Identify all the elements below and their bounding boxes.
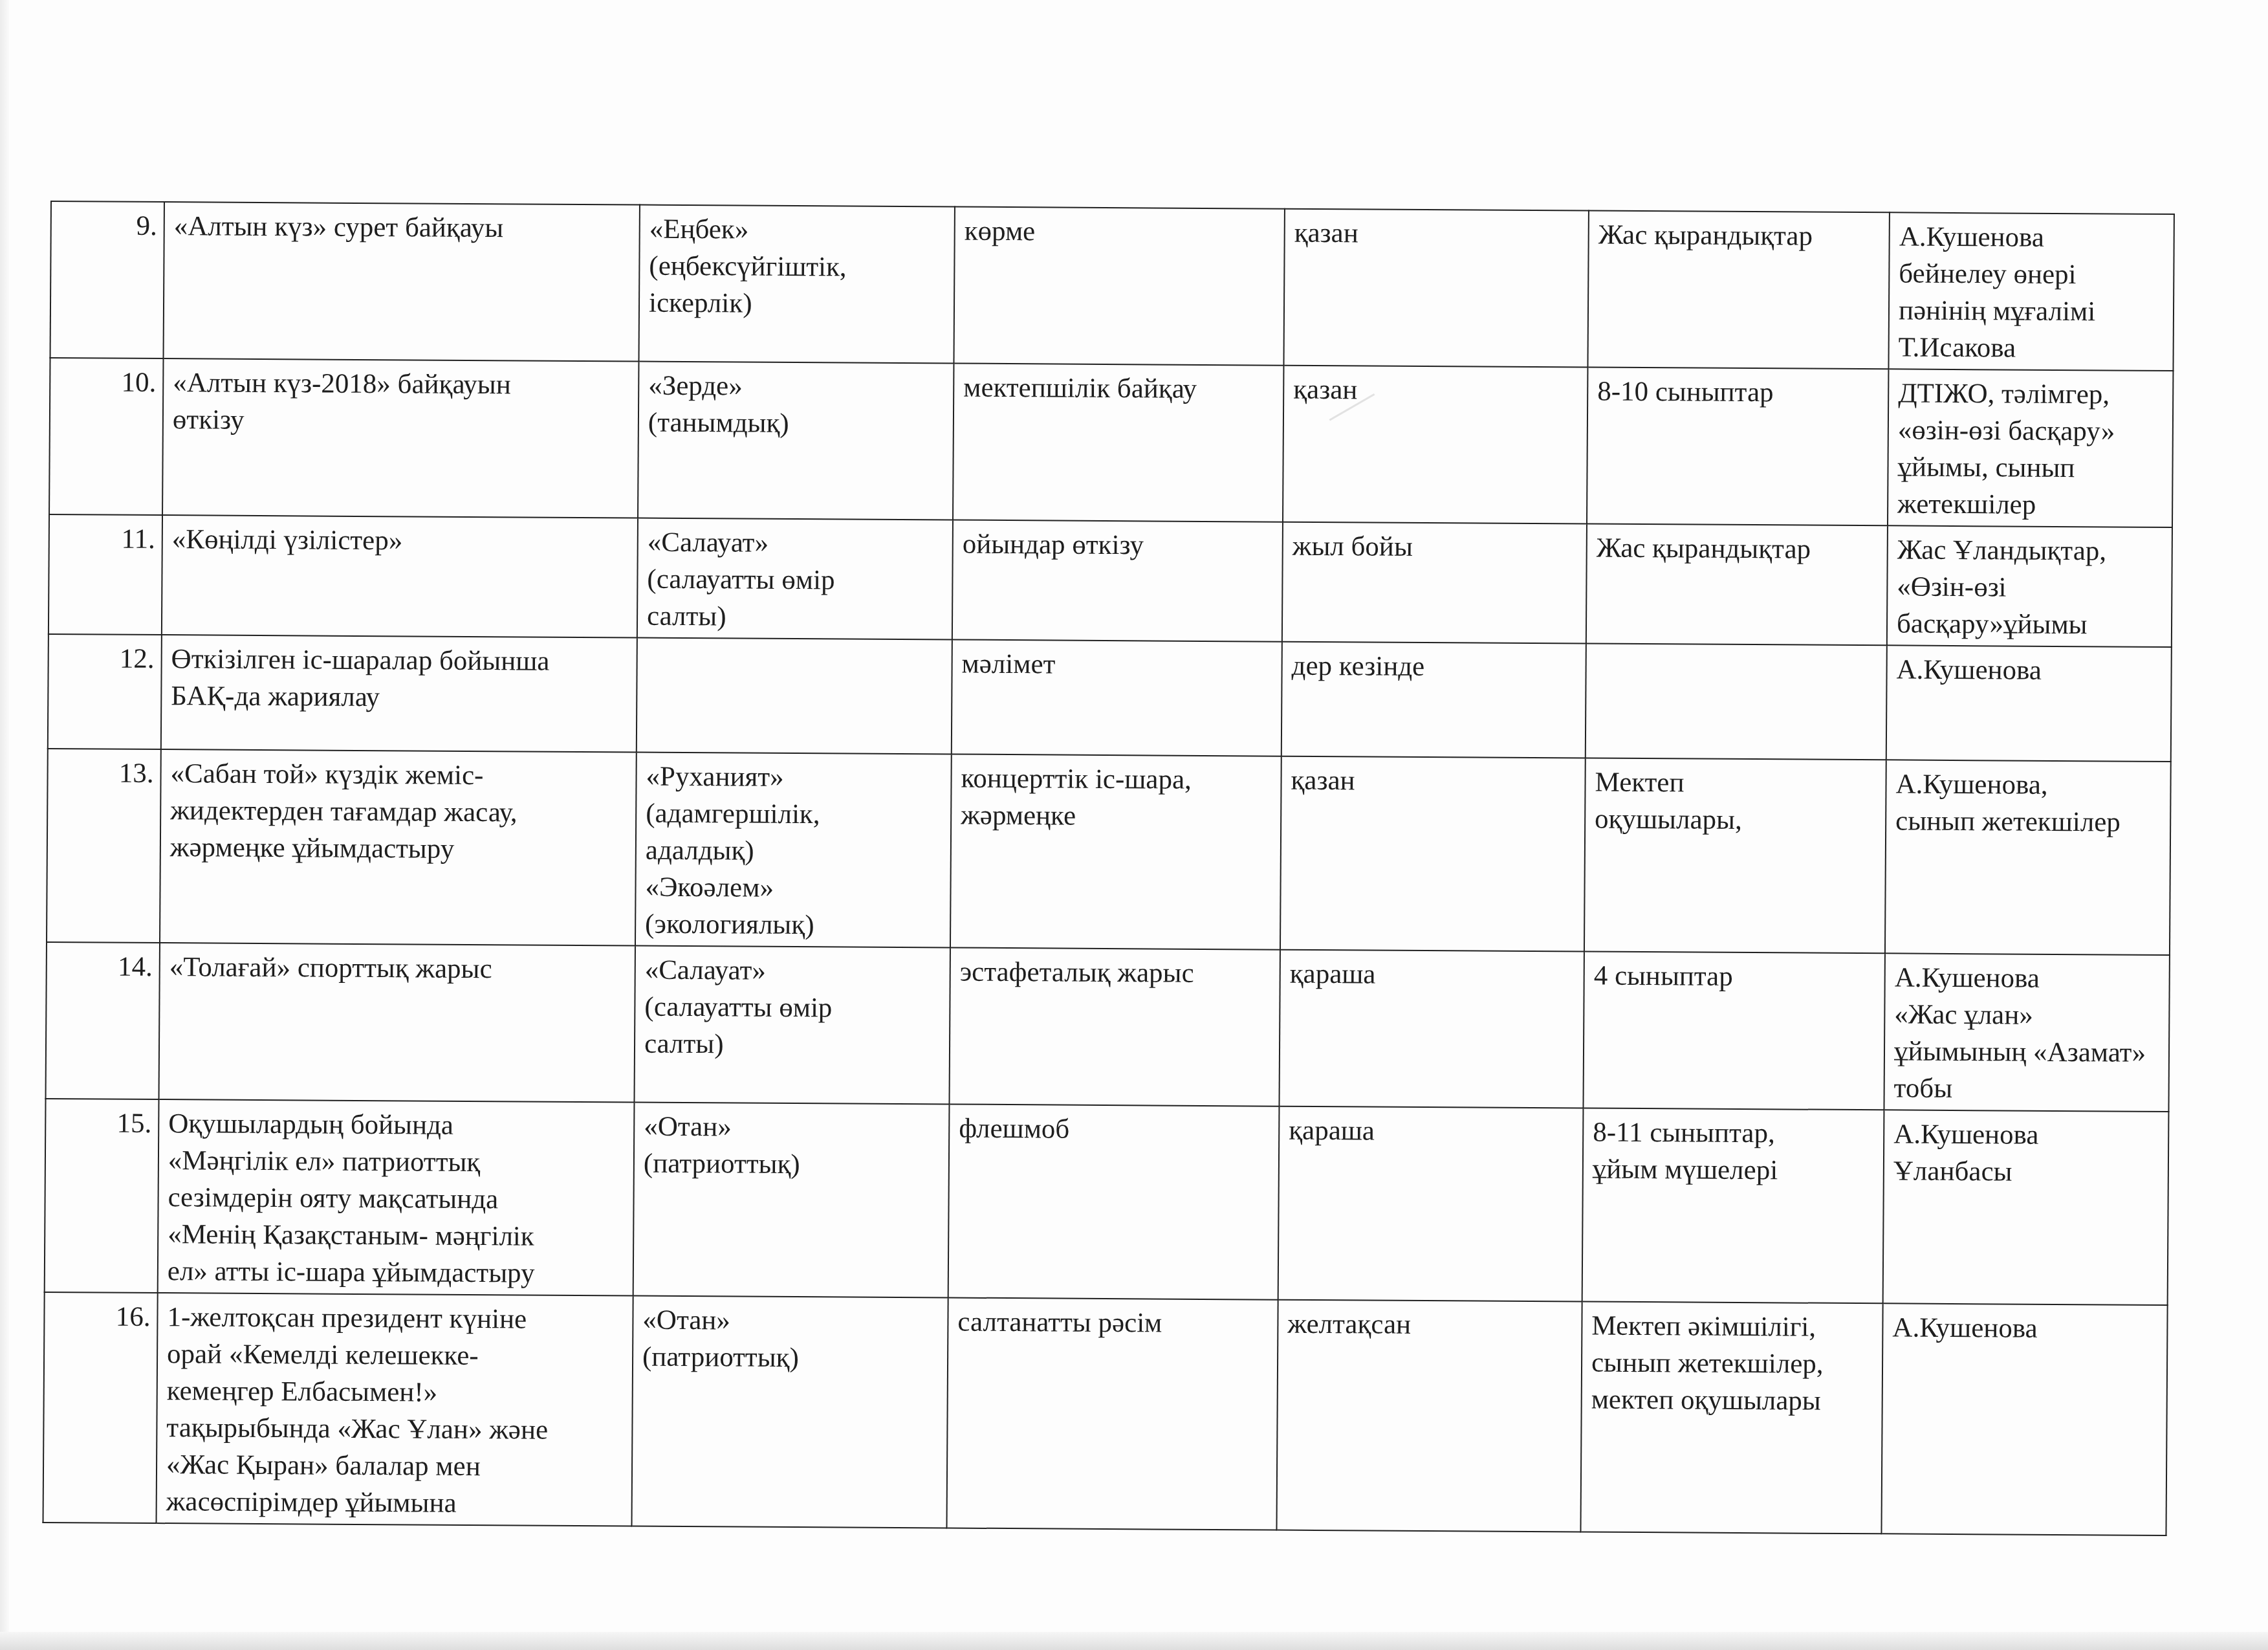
participants-cell: [1586, 644, 1887, 760]
responsible-cell: А.Кушенова: [1881, 1303, 2167, 1535]
value-direction-cell: «Зерде» (танымдық): [638, 362, 954, 520]
value-direction-cell: «Еңбек» (еңбексүйгіштік, іскерлік): [638, 205, 954, 364]
table-row: 9. «Алтын күз» сурет байқауы «Еңбек» (ең…: [50, 201, 2174, 371]
participants-cell: 4 сыныптар: [1583, 952, 1884, 1110]
table-row: 10. «Алтын күз-2018» байқауын өткізу «Зе…: [49, 358, 2173, 527]
event-form-cell: концерттік іс-шара, жәрмеңке: [950, 754, 1281, 950]
value-direction-cell: «Салауат» (салауатты өмір салты): [635, 946, 950, 1105]
table-row: 11. «Көңілді үзілістер» «Салауат» (салау…: [49, 514, 2172, 647]
event-form-cell: эстафеталық жарыс: [949, 948, 1280, 1106]
event-form-cell: ойындар өткізу: [952, 520, 1283, 642]
event-name-cell: «Алтын күз» сурет байқауы: [164, 202, 640, 361]
responsible-cell: ДТІЖО, тәлімгер, «өзін-өзі басқару» ұйым…: [1888, 369, 2173, 527]
event-name-cell: Оқушылардың бойында «Мәңгілік ел» патрио…: [158, 1099, 635, 1295]
date-cell: желтақсан: [1276, 1300, 1582, 1532]
date-cell: қараша: [1279, 950, 1584, 1108]
event-form-cell: салтанатты рәсім: [946, 1298, 1278, 1530]
event-name-cell: «Көңілді үзілістер»: [162, 515, 638, 637]
responsible-cell: А.Кушенова Ұланбасы: [1883, 1110, 2169, 1305]
row-number: 10.: [49, 358, 163, 515]
row-number: 13.: [47, 749, 161, 943]
event-form-cell: мектепшілік байқау: [953, 364, 1283, 522]
table-row: 12. Өткізілген іс-шаралар бойынша БАҚ-да…: [48, 634, 2172, 762]
event-name-cell: 1-желтоқсан президент күніне орай «Кемел…: [157, 1293, 633, 1526]
date-cell: дер кезінде: [1281, 642, 1586, 758]
participants-cell: Жас қырандықтар: [1587, 211, 1889, 369]
table-row: 13. «Сабан той» күздік жеміс- жидектерде…: [47, 749, 2171, 955]
table-row: 14. «Толағай» спорттық жарыс «Салауат» (…: [46, 942, 2170, 1112]
date-cell: қазан: [1280, 756, 1586, 952]
event-name-cell: Өткізілген іс-шаралар бойынша БАҚ-да жар…: [161, 635, 637, 752]
value-direction-cell: [637, 638, 952, 754]
row-number: 12.: [48, 634, 162, 749]
value-direction-cell: «Отан» (патриоттық): [632, 1296, 948, 1528]
value-direction-cell: «Руханият» (адамгершілік, адалдық) «Экоә…: [635, 753, 952, 948]
table-row: 15. Оқушылардың бойында «Мәңгілік ел» па…: [45, 1099, 2169, 1305]
scan-edge-left: [0, 0, 9, 1650]
row-number: 9.: [50, 201, 164, 358]
row-number: 14.: [46, 942, 160, 1099]
responsible-cell: А.Кушенова, сынып жетекшілер: [1885, 760, 2171, 955]
value-direction-cell: «Салауат» (салауатты өмір салты): [637, 518, 953, 640]
date-cell: қараша: [1278, 1106, 1584, 1302]
responsible-cell: А.Кушенова «Жас ұлан» ұйымының «Азамат» …: [1884, 953, 2169, 1112]
event-form-cell: мәлімет: [952, 640, 1282, 756]
row-number: 16.: [43, 1292, 158, 1523]
participants-cell: 8-10 сыныптар: [1587, 368, 1888, 526]
table-row: 16. 1-желтоқсан президент күніне орай «К…: [43, 1292, 2168, 1535]
event-form-cell: флешмоб: [948, 1105, 1280, 1300]
value-direction-cell: «Отан» (патриоттық): [633, 1103, 950, 1298]
date-cell: қазан: [1283, 209, 1588, 368]
scan-edge-bottom: [0, 1632, 2268, 1650]
responsible-cell: А.Кушенова: [1886, 645, 2172, 762]
date-cell: қазан: [1283, 366, 1587, 524]
row-number: 11.: [49, 514, 162, 635]
event-form-cell: көрме: [954, 207, 1284, 366]
row-number: 15.: [45, 1099, 159, 1293]
event-name-cell: «Сабан той» күздік жеміс- жидектерден та…: [160, 749, 637, 945]
responsible-cell: Жас Ұландықтар, «Өзін-өзі басқару»ұйымы: [1887, 525, 2172, 647]
participants-cell: Мектеп оқушылары,: [1584, 758, 1886, 954]
event-name-cell: «Алтын күз-2018» байқауын өткізу: [162, 358, 638, 518]
participants-cell: 8-11 сыныптар, ұйым мүшелері: [1582, 1108, 1884, 1304]
date-cell: жыл бойы: [1282, 522, 1587, 644]
events-plan-table: 9. «Алтын күз» сурет байқауы «Еңбек» (ең…: [43, 201, 2175, 1536]
scanned-page: 9. «Алтын күз» сурет байқауы «Еңбек» (ең…: [0, 0, 2268, 1650]
participants-cell: Мектеп әкімшілігі, сынып жетекшілер, мек…: [1580, 1301, 1882, 1534]
participants-cell: Жас қырандықтар: [1586, 524, 1888, 646]
event-name-cell: «Толағай» спорттық жарыс: [159, 943, 635, 1102]
responsible-cell: А.Кушенова бейнелеу өнері пәнінің мұғалі…: [1888, 212, 2174, 371]
